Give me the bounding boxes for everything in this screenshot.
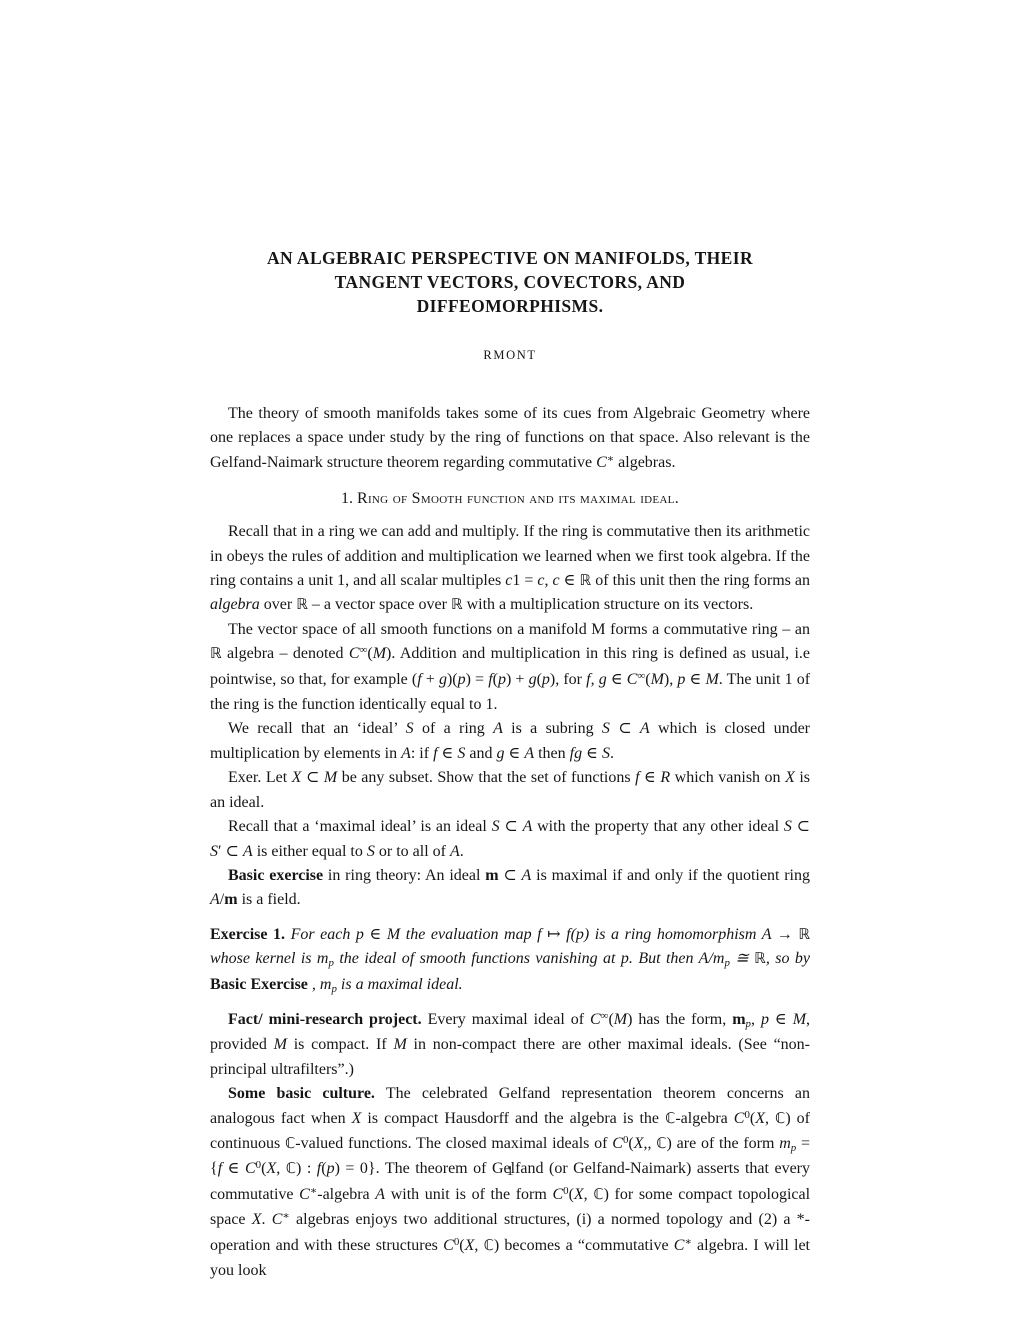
paragraph-fact-project: Fact/ mini-research project. Every maxim…	[210, 1008, 810, 1082]
body-column: The theory of smooth manifolds takes som…	[210, 402, 810, 1283]
paper-title: AN ALGEBRAIC PERSPECTIVE ON MANIFOLDS, T…	[210, 246, 810, 318]
section-title: Ring of Smooth function and its maximal …	[357, 490, 679, 507]
paragraph-vector-space: The vector space of all smooth functions…	[210, 618, 810, 718]
paragraph-ideal-definition: We recall that an ‘ideal’ S of a ring A …	[210, 717, 810, 766]
paragraph-maximal-ideal: Recall that a ‘maximal ideal’ is an idea…	[210, 815, 810, 864]
paragraph-basic-culture: Some basic culture. The celebrated Gelfa…	[210, 1082, 810, 1283]
section-heading: 1. Ring of Smooth function and its maxim…	[210, 487, 810, 511]
section-number: 1.	[341, 490, 353, 507]
paragraph-basic-exercise: Basic exercise in ring theory: An ideal …	[210, 864, 810, 913]
document-page: AN ALGEBRAIC PERSPECTIVE ON MANIFOLDS, T…	[0, 0, 1020, 1320]
author-name: RMONT	[210, 348, 810, 363]
title-block: AN ALGEBRAIC PERSPECTIVE ON MANIFOLDS, T…	[210, 246, 810, 363]
page-number: 1	[0, 1164, 1020, 1180]
title-line-2: TANGENT VECTORS, COVECTORS, AND	[210, 270, 810, 294]
exercise-1-block: Exercise 1. For each p ∈ M the evaluatio…	[210, 923, 810, 998]
title-line-3: DIFFEOMORPHISMS.	[210, 294, 810, 318]
title-line-1: AN ALGEBRAIC PERSPECTIVE ON MANIFOLDS, T…	[210, 246, 810, 270]
paragraph-ring-recall: Recall that in a ring we can add and mul…	[210, 520, 810, 618]
paragraph-intro: The theory of smooth manifolds takes som…	[210, 402, 810, 476]
paragraph-exer: Exer. Let X ⊂ M be any subset. Show that…	[210, 766, 810, 815]
